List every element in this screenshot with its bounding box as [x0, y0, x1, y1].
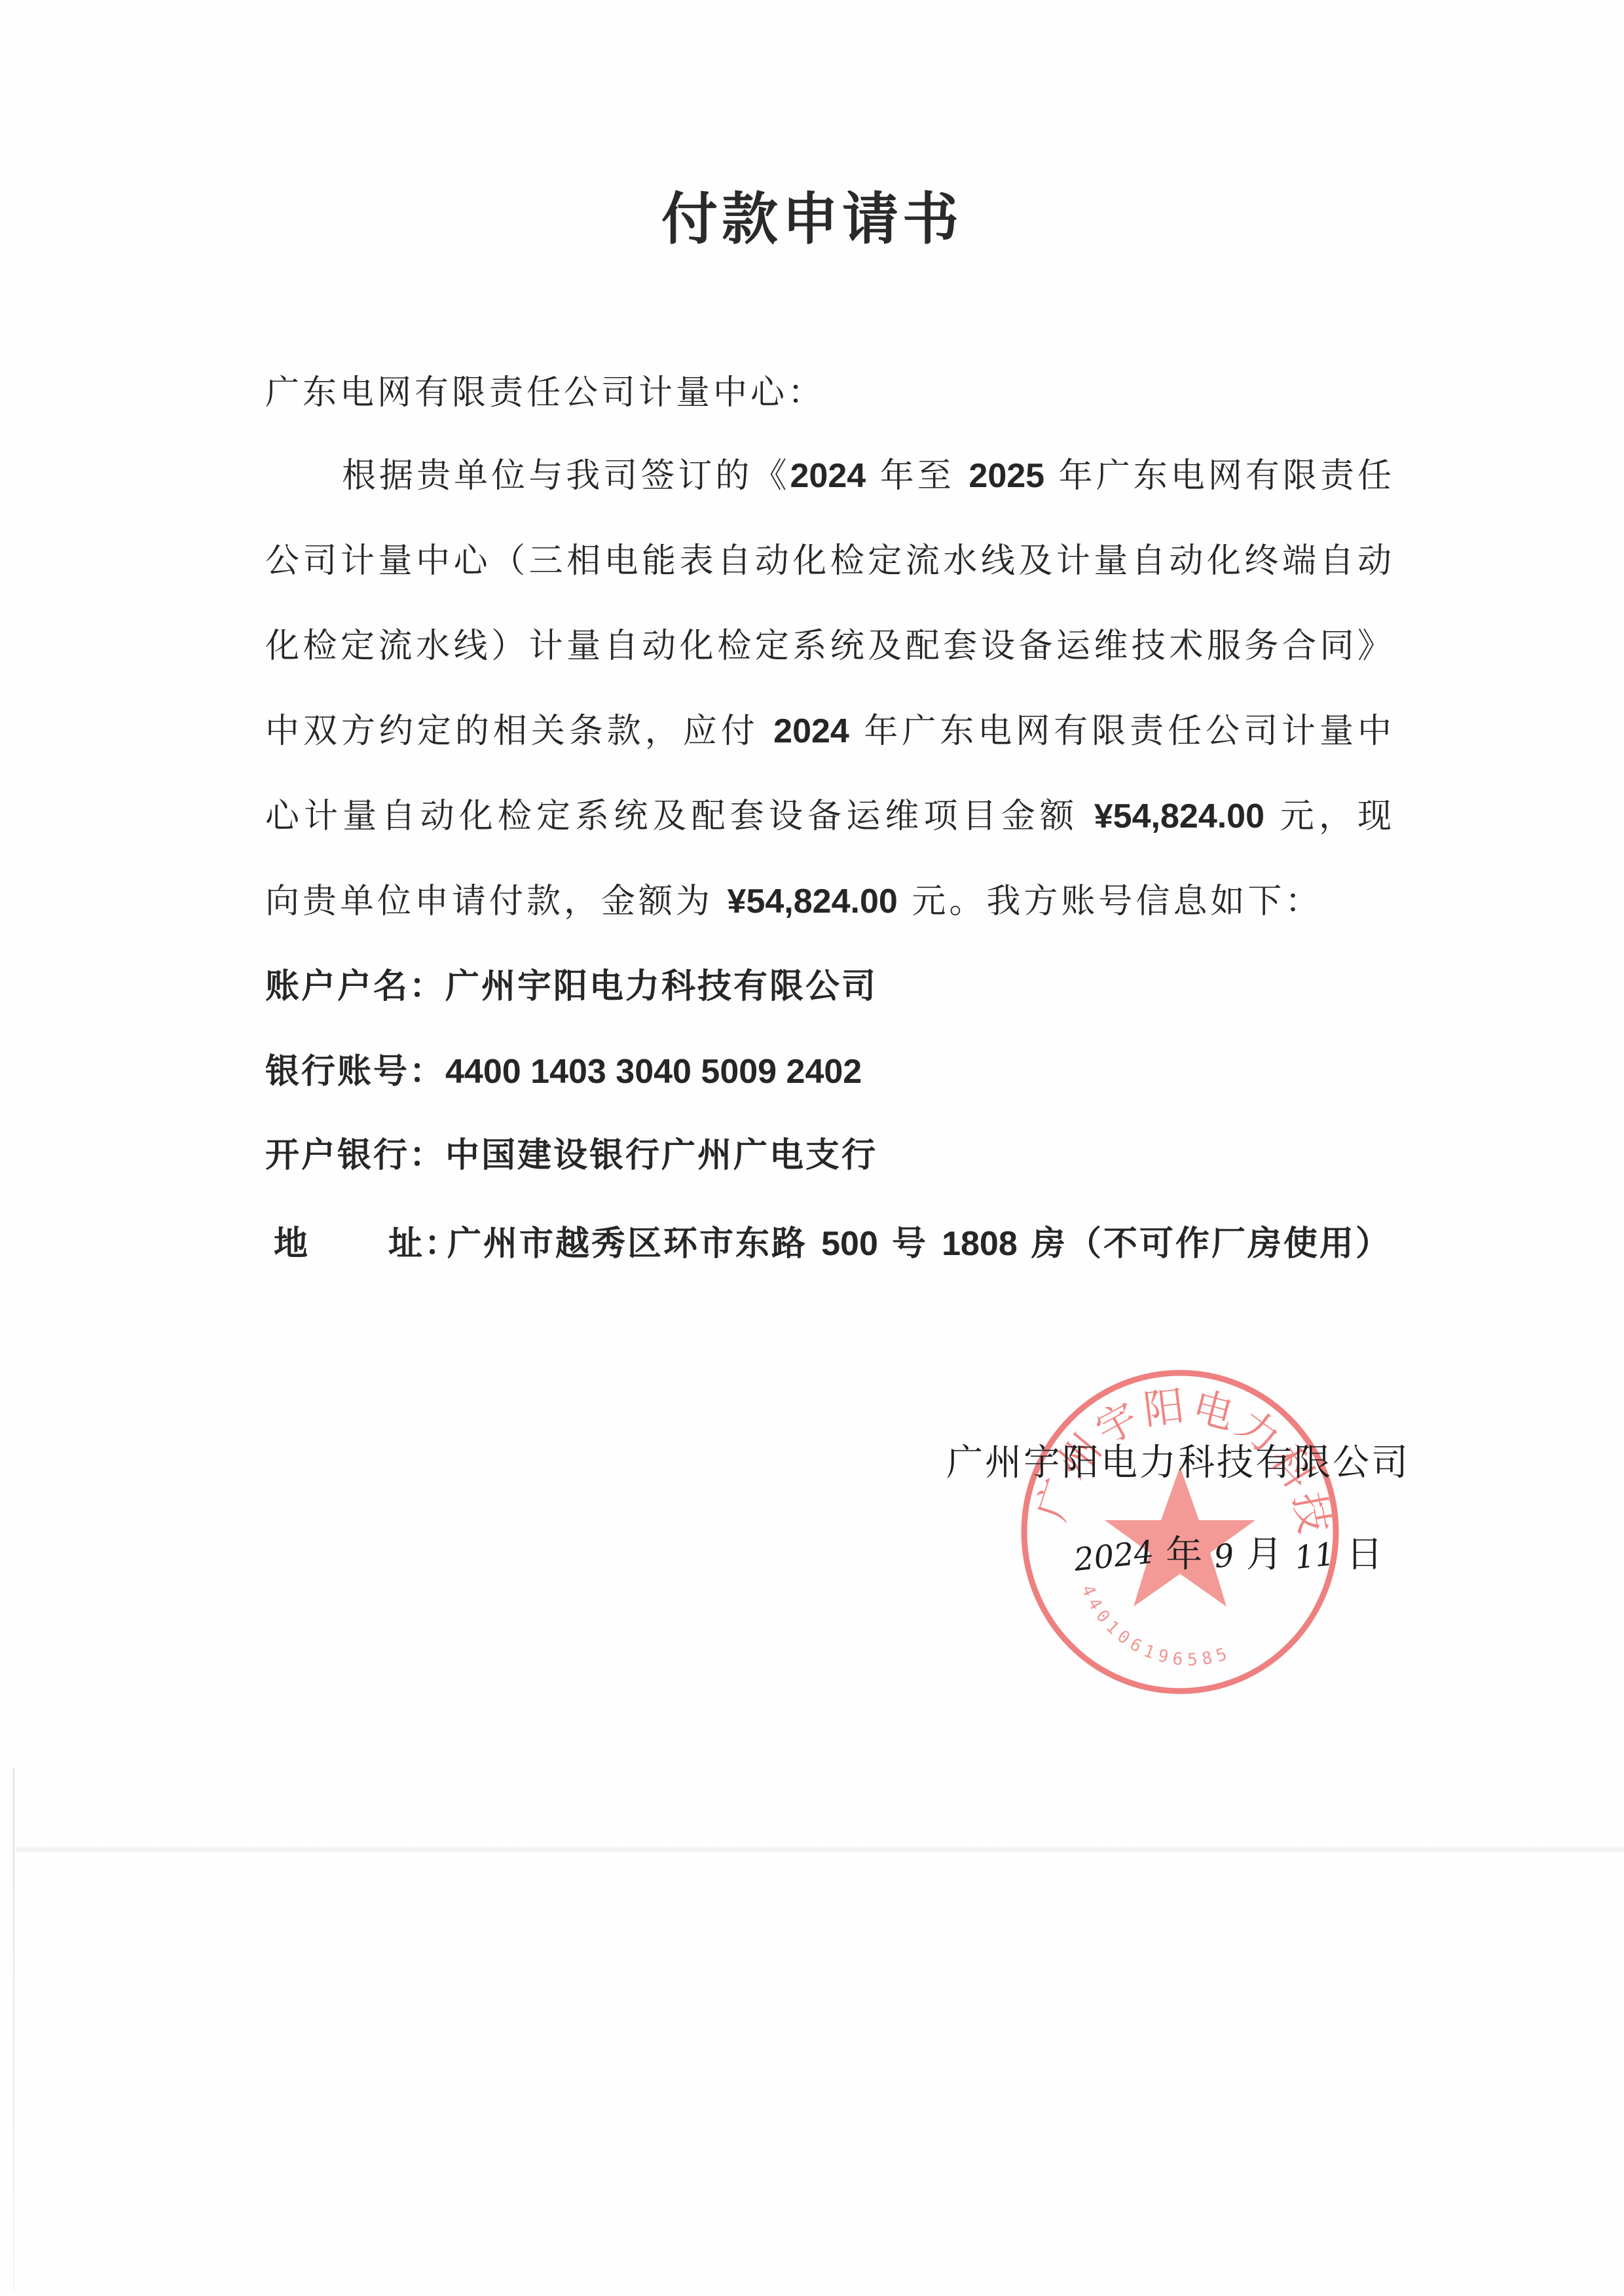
body-line-1: 根据贵单位与我司签订的《2024 年至 2025 年广东电网有限责任 — [342, 455, 1395, 497]
payable-amount: ¥54,824.00 — [1094, 797, 1264, 835]
bank-label: 开户银行： — [265, 1135, 445, 1176]
signatory-company: 广州宇阳电力科技有限公司 — [946, 1440, 1410, 1486]
address-label: 地址： — [274, 1223, 447, 1265]
signature-date: 2024年9月11日 — [1074, 1532, 1383, 1579]
document-title: 付款申请书 — [0, 187, 1624, 252]
bank-row: 开户银行：中国建设银行广州广电支行 — [265, 1135, 877, 1176]
requested-amount: ¥54,824.00 — [728, 883, 898, 920]
body-line-6: 向贵单位申请付款，金额为 ¥54,824.00 元。我方账号信息如下： — [265, 881, 1322, 922]
body-line-5: 心计量自动化检定系统及配套设备运维项目金额 ¥54,824.00 元，现 — [265, 795, 1395, 837]
scan-fold-artifact — [16, 1846, 1624, 1853]
date-day-handwritten: 11 — [1292, 1531, 1337, 1581]
account-name-label: 账户户名： — [265, 966, 445, 1008]
payment-request-document: 付款申请书 广东电网有限责任公司计量中心： 根据贵单位与我司签订的《2024 年… — [0, 0, 1624, 2296]
address-value: 广州市越秀区环市东路 500 号 1808 房（不可作厂房使用） — [447, 1224, 1392, 1264]
address-row: 地址：广州市越秀区环市东路 500 号 1808 房（不可作厂房使用） — [274, 1223, 1392, 1265]
scan-edge-artifact — [13, 1768, 14, 2291]
account-name-row: 账户户名：广州宇阳电力科技有限公司 — [265, 966, 877, 1008]
account-name-value: 广州宇阳电力科技有限公司 — [445, 967, 877, 1006]
account-number-value: 4400 1403 3040 5009 2402 — [445, 1053, 862, 1091]
bank-value: 中国建设银行广州广电支行 — [445, 1136, 877, 1175]
account-number-label: 银行账号： — [265, 1051, 445, 1093]
addressee: 广东电网有限责任公司计量中心： — [265, 372, 825, 414]
account-number-row: 银行账号：4400 1403 3040 5009 2402 — [265, 1051, 862, 1093]
body-line-2: 公司计量中心（三相电能表自动化检定流水线及计量自动化终端自动 — [265, 540, 1395, 582]
body-line-3: 化检定流水线）计量自动化检定系统及配套设备运维技术服务合同》 — [265, 625, 1395, 667]
date-month-handwritten: 9 — [1212, 1533, 1237, 1580]
date-year-handwritten: 2024 — [1072, 1529, 1156, 1583]
body-line-4: 中双方约定的相关条款，应付 2024 年广东电网有限责任公司计量中 — [265, 710, 1395, 752]
